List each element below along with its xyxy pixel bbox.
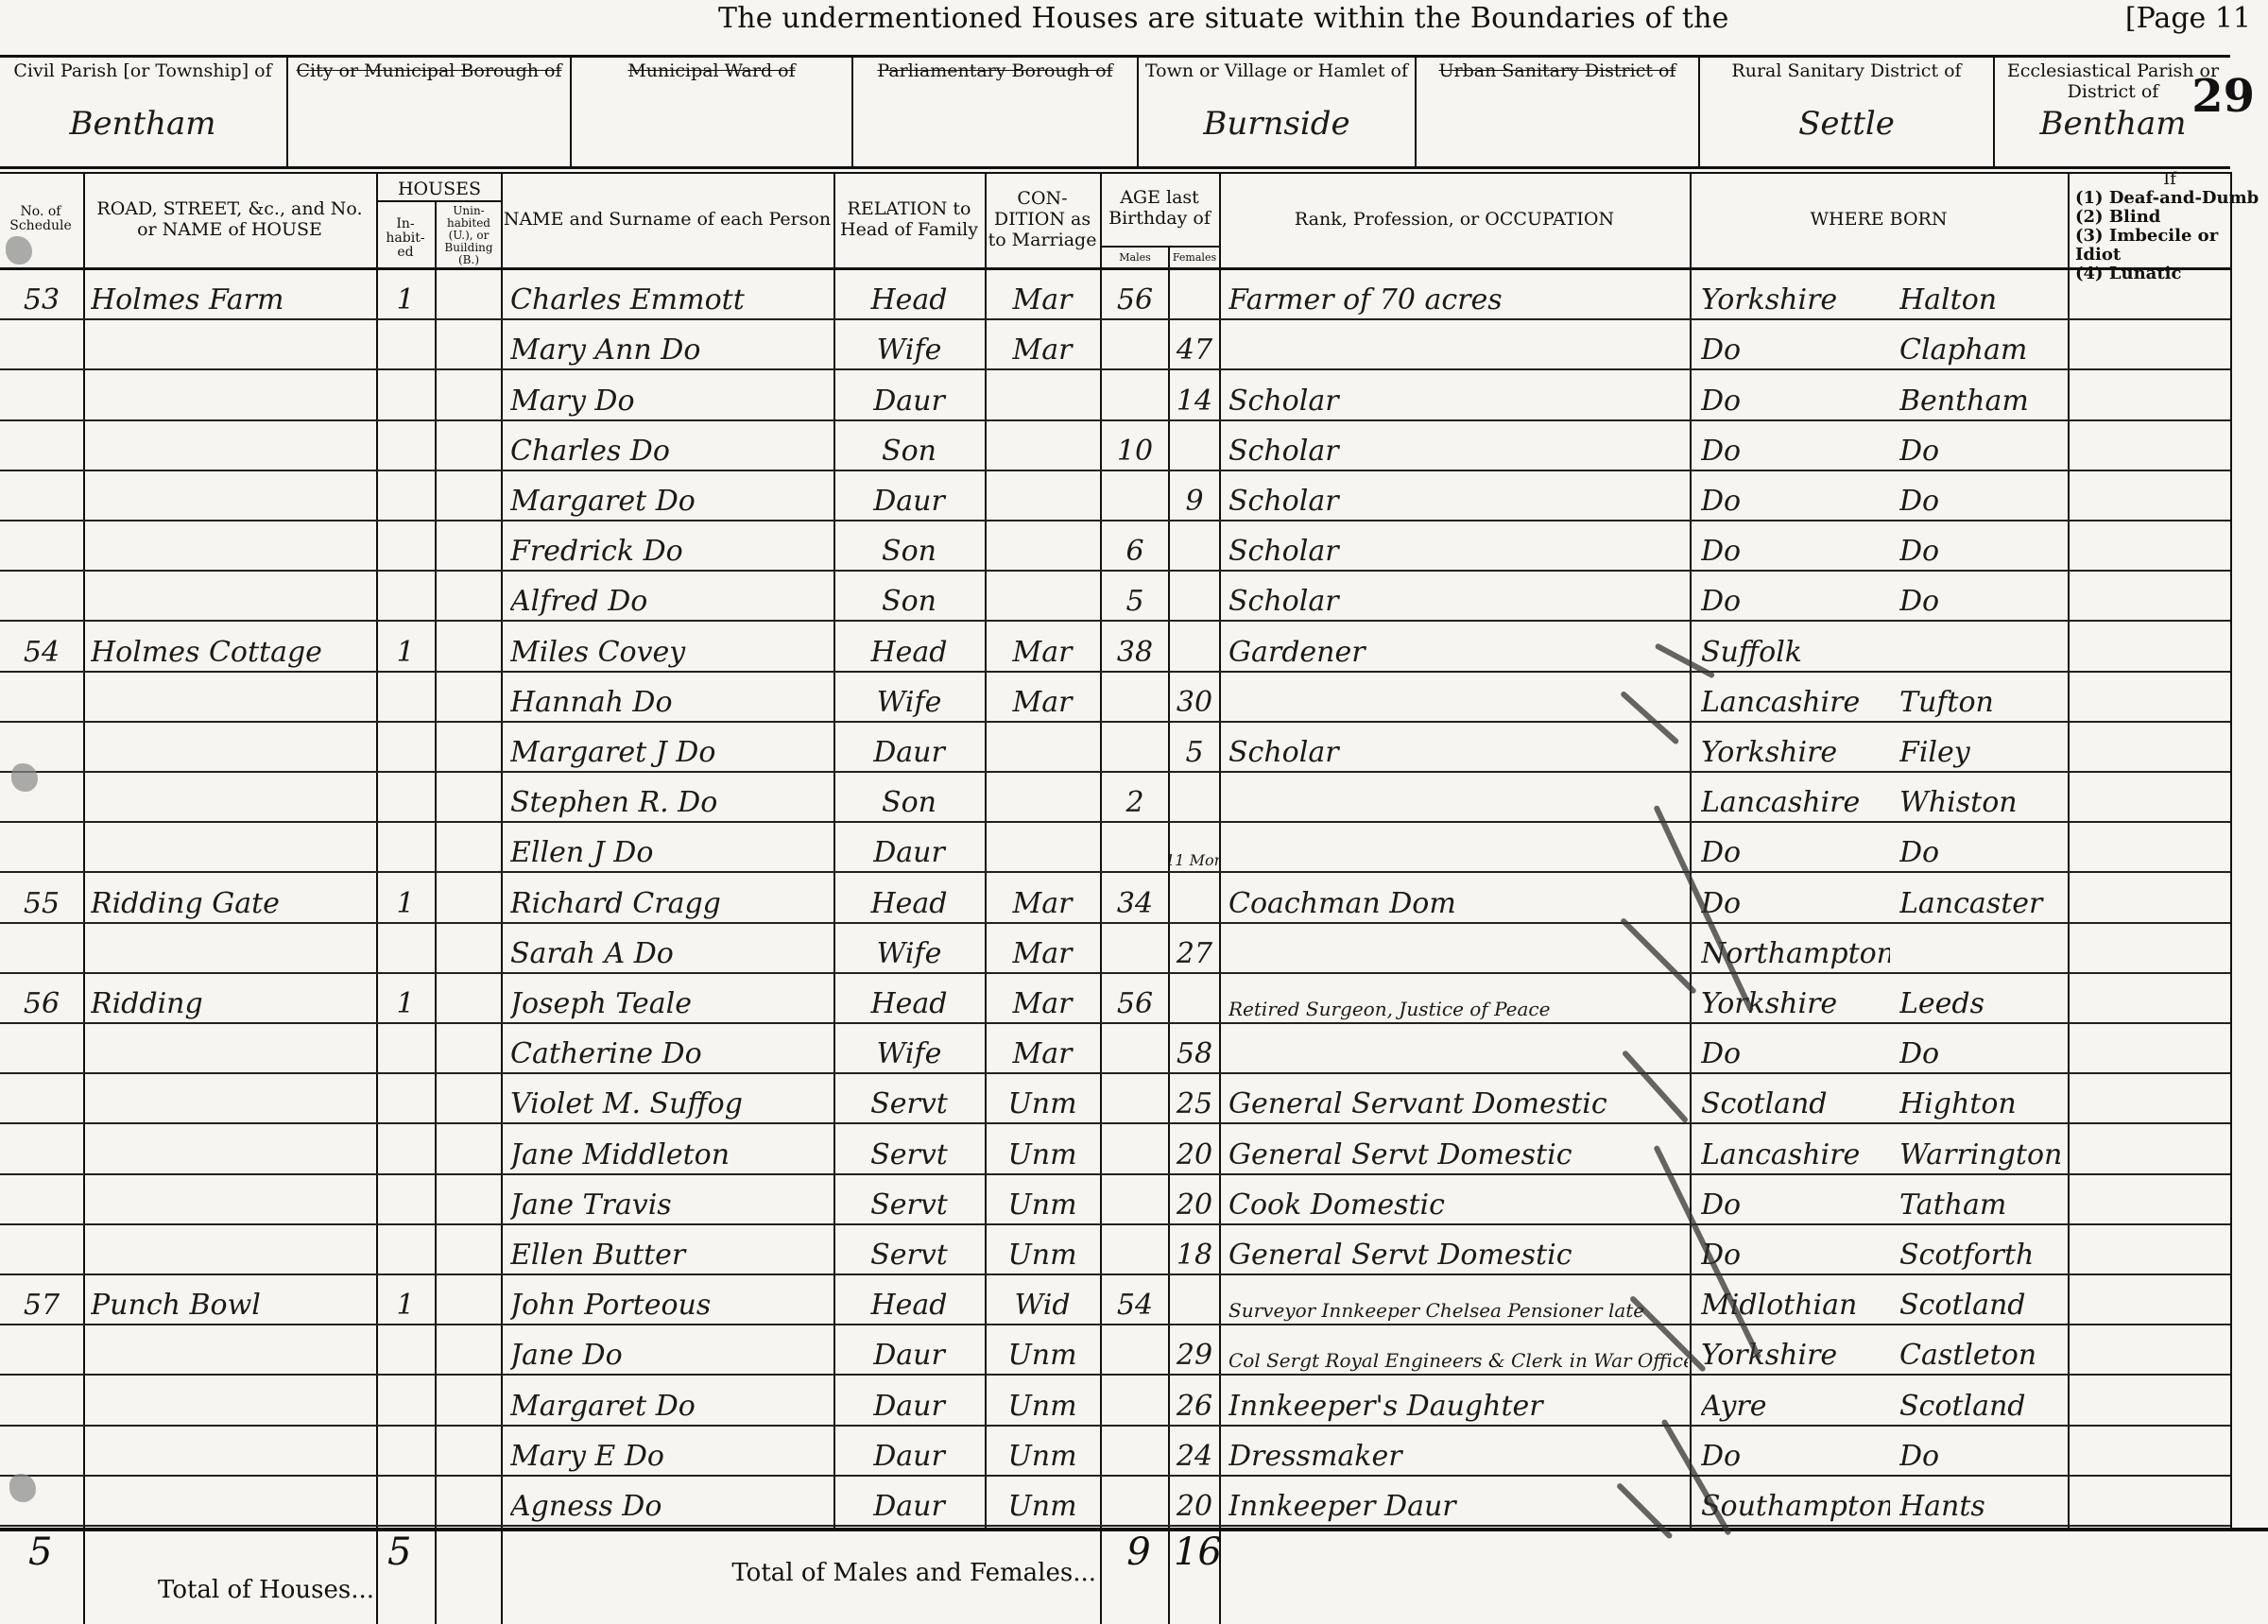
- birth-place: Bentham: [1899, 370, 2066, 420]
- relation: Daur: [835, 723, 983, 773]
- column-rule: [1698, 57, 1700, 166]
- header-uninhabited: Unin-habited (U.), or Building (B.): [437, 202, 501, 268]
- marital-condition: Unm: [987, 1225, 1098, 1275]
- relation: Daur: [835, 471, 983, 521]
- totals-houses-label: Total of Houses...: [85, 1530, 374, 1624]
- table-row: Stephen R. DoSon2LancashireWhiston: [0, 773, 2268, 823]
- relation: Wife: [835, 320, 983, 370]
- occupation: Scholar: [1228, 370, 1688, 420]
- birth-place: Halton: [1899, 270, 2066, 320]
- boundary-label: Town or Village or Hamlet of: [1140, 55, 1414, 81]
- schedule-number: [0, 823, 83, 873]
- occupation: Innkeeper's Daughter: [1228, 1376, 1688, 1426]
- relation: Daur: [835, 1427, 983, 1477]
- birth-place: Lancaster: [1899, 873, 2066, 923]
- person-name: Jane Travis: [510, 1175, 832, 1225]
- person-name: Margaret Do: [510, 471, 832, 521]
- male-age: 56: [1102, 974, 1168, 1024]
- boundary-field: Municipal Ward of: [573, 55, 850, 166]
- inhabited-count: [378, 1325, 433, 1376]
- male-age: [1102, 1074, 1168, 1124]
- birth-place: [1899, 924, 2066, 974]
- totals-schedules: 5: [28, 1530, 83, 1624]
- birth-place: Tufton: [1899, 673, 2066, 723]
- house-name: Holmes Farm: [91, 270, 374, 320]
- marital-condition: Mar: [987, 873, 1098, 923]
- male-age: 10: [1102, 421, 1168, 471]
- table-row: Charles DoSon10ScholarDoDo: [0, 421, 2268, 471]
- birth-place: Hants: [1899, 1477, 2066, 1527]
- person-name: Richard Cragg: [510, 873, 832, 923]
- paper-stain: [11, 763, 38, 792]
- inhabited-count: [378, 723, 433, 773]
- marital-condition: Unm: [987, 1376, 1098, 1426]
- house-name: [91, 521, 374, 572]
- birth-county: Scotland: [1701, 1074, 1890, 1124]
- header-inhabited: In-habit-ed: [378, 210, 433, 266]
- person-name: Joseph Teale: [510, 974, 832, 1024]
- schedule-number: [0, 421, 83, 471]
- female-age: 9: [1170, 471, 1219, 521]
- boundary-field: Urban Sanitary District of: [1417, 55, 1697, 166]
- header-females: Females: [1170, 248, 1219, 266]
- relation: Son: [835, 521, 983, 572]
- header-males: Males: [1102, 248, 1168, 266]
- house-name: Ridding: [91, 974, 374, 1024]
- schedule-number: [0, 1124, 83, 1174]
- male-age: 56: [1102, 270, 1168, 320]
- column-rule: [1137, 57, 1139, 166]
- schedule-number: 55: [0, 873, 83, 923]
- relation: Head: [835, 974, 983, 1024]
- male-age: [1102, 924, 1168, 974]
- relation: Wife: [835, 673, 983, 723]
- header-houses: HOUSES: [378, 178, 501, 200]
- house-name: [91, 823, 374, 873]
- infirmity-if: If: [2075, 170, 2264, 189]
- boundary-field: Town or Village or Hamlet ofBurnside: [1140, 55, 1414, 166]
- birth-place: Scotland: [1899, 1376, 2066, 1426]
- inhabited-count: [378, 1225, 433, 1275]
- female-age: [1170, 622, 1219, 672]
- boundary-value: Burnside: [1140, 113, 1414, 134]
- female-age: [1170, 873, 1219, 923]
- person-name: Agness Do: [510, 1477, 832, 1527]
- birth-place: Clapham: [1899, 320, 2066, 370]
- person-name: Ellen Butter: [510, 1225, 832, 1275]
- header-occupation: Rank, Profession, or OCCUPATION: [1221, 172, 1688, 266]
- female-age: 30: [1170, 673, 1219, 723]
- birth-place: [1899, 622, 2066, 672]
- table-row: 53Holmes Farm1Charles EmmottHeadMar56Far…: [0, 270, 2268, 320]
- person-name: Jane Middleton: [510, 1124, 832, 1174]
- house-name: [91, 1124, 374, 1174]
- inhabited-count: [378, 823, 433, 873]
- census-page: The undermentioned Houses are situate wi…: [0, 0, 2268, 1624]
- person-name: Mary Ann Do: [510, 320, 832, 370]
- table-row: Jane TravisServtUnm20Cook DomesticDoTath…: [0, 1175, 2268, 1225]
- relation: Head: [835, 622, 983, 672]
- marital-condition: Unm: [987, 1124, 1098, 1174]
- birth-county: Yorkshire: [1701, 1325, 1890, 1376]
- inhabited-count: [378, 370, 433, 420]
- schedule-number: [0, 1427, 83, 1477]
- female-age: 58: [1170, 1024, 1219, 1074]
- column-rule: [1993, 57, 1995, 166]
- table-row: Jane MiddletonServtUnm20General Servt Do…: [0, 1124, 2268, 1174]
- header-name: NAME and Surname of each Person: [503, 172, 832, 266]
- column-rule: [1415, 57, 1417, 166]
- boundary-value: Settle: [1701, 113, 1992, 134]
- schedule-number: 56: [0, 974, 83, 1024]
- male-age: 6: [1102, 521, 1168, 572]
- occupation: Cook Domestic: [1228, 1175, 1688, 1225]
- inhabited-count: [378, 1427, 433, 1477]
- birth-county: Do: [1701, 521, 1890, 572]
- occupation: Col Sergt Royal Engineers & Clerk in War…: [1228, 1325, 1688, 1376]
- schedule-number: [0, 572, 83, 622]
- male-age: [1102, 1024, 1168, 1074]
- table-row: Mary Ann DoWifeMar47DoClapham: [0, 320, 2268, 370]
- header-where-born: WHERE BORN: [1692, 172, 2066, 266]
- inhabited-count: [378, 1124, 433, 1174]
- inhabited-count: [378, 773, 433, 823]
- schedule-number: [0, 1325, 83, 1376]
- relation: Servt: [835, 1124, 983, 1174]
- male-age: [1102, 471, 1168, 521]
- birth-county: Do: [1701, 572, 1890, 622]
- birth-county: Do: [1701, 1175, 1890, 1225]
- schedule-number: [0, 1376, 83, 1426]
- totals-females: 16: [1174, 1530, 1219, 1624]
- female-age: 25: [1170, 1074, 1219, 1124]
- relation: Wife: [835, 924, 983, 974]
- birth-place: Filey: [1899, 723, 2066, 773]
- house-name: [91, 421, 374, 471]
- occupation: [1228, 924, 1688, 974]
- boundary-field: Parliamentary Borough of: [854, 55, 1136, 166]
- person-name: Miles Covey: [510, 622, 832, 672]
- person-name: Hannah Do: [510, 673, 832, 723]
- female-age: [1170, 1275, 1219, 1325]
- male-age: [1102, 1225, 1168, 1275]
- male-age: [1102, 1376, 1168, 1426]
- birth-place: Do: [1899, 471, 2066, 521]
- marital-condition: Unm: [987, 1074, 1098, 1124]
- inhabited-count: [378, 1074, 433, 1124]
- house-name: [91, 1477, 374, 1527]
- relation: Wife: [835, 1024, 983, 1074]
- relation: Son: [835, 421, 983, 471]
- boundary-field: City or Municipal Borough of: [289, 55, 569, 166]
- schedule-number: [0, 1074, 83, 1124]
- house-name: [91, 723, 374, 773]
- birth-place: Do: [1899, 572, 2066, 622]
- birth-place: Do: [1899, 421, 2066, 471]
- schedule-number: [0, 1175, 83, 1225]
- marital-condition: Mar: [987, 622, 1098, 672]
- infirmity-option: (1) Deaf-and-Dumb: [2075, 189, 2264, 208]
- boundary-label: City or Municipal Borough of: [289, 55, 569, 81]
- infirmity-option: (2) Blind: [2075, 208, 2264, 227]
- marital-condition: [987, 421, 1098, 471]
- divider: [1102, 246, 1219, 248]
- house-name: [91, 1325, 374, 1376]
- schedule-number: [0, 924, 83, 974]
- table-row: 57Punch Bowl1John PorteousHeadWid54Surve…: [0, 1275, 2268, 1325]
- female-age: 20: [1170, 1124, 1219, 1174]
- house-name: [91, 1074, 374, 1124]
- page-title: The undermentioned Houses are situate wi…: [718, 2, 1729, 35]
- person-name: Margaret J Do: [510, 723, 832, 773]
- table-row: Alfred DoSon5ScholarDoDo: [0, 572, 2268, 622]
- birth-county: Lancashire: [1701, 1124, 1890, 1174]
- schedule-number: 53: [0, 270, 83, 320]
- marital-condition: Unm: [987, 1427, 1098, 1477]
- birth-place: Do: [1899, 823, 2066, 873]
- table-row: Ellen J DoDaur11 MonDoDo: [0, 823, 2268, 873]
- inhabited-count: [378, 924, 433, 974]
- marital-condition: Unm: [987, 1175, 1098, 1225]
- marital-condition: Mar: [987, 974, 1098, 1024]
- inhabited-count: [378, 521, 433, 572]
- table-row: Violet M. SuffogServtUnm25General Servan…: [0, 1074, 2268, 1124]
- person-name: Margaret Do: [510, 1376, 832, 1426]
- house-name: [91, 1427, 374, 1477]
- boundary-field: Rural Sanitary District ofSettle: [1701, 55, 1992, 166]
- female-age: [1170, 270, 1219, 320]
- female-age: [1170, 773, 1219, 823]
- birth-county: Do: [1701, 823, 1890, 873]
- birth-county: Lancashire: [1701, 773, 1890, 823]
- house-name: [91, 471, 374, 521]
- birth-place: Highton: [1899, 1074, 2066, 1124]
- house-name: Holmes Cottage: [91, 622, 374, 672]
- occupation: [1228, 673, 1688, 723]
- relation: Head: [835, 873, 983, 923]
- inhabited-count: 1: [378, 873, 433, 923]
- birth-place: Do: [1899, 1427, 2066, 1477]
- person-name: Charles Emmott: [510, 270, 832, 320]
- house-name: [91, 924, 374, 974]
- birth-county: Yorkshire: [1701, 723, 1890, 773]
- table-row: Mary E DoDaurUnm24DressmakerDoDo: [0, 1427, 2268, 1477]
- occupation: General Servt Domestic: [1228, 1225, 1688, 1275]
- enumeration-district-number: 29: [2191, 70, 2255, 123]
- female-age: 24: [1170, 1427, 1219, 1477]
- house-name: [91, 1024, 374, 1074]
- person-name: Charles Do: [510, 421, 832, 471]
- paper-stain: [9, 1474, 36, 1502]
- female-age: 26: [1170, 1376, 1219, 1426]
- female-age: 5: [1170, 723, 1219, 773]
- table-row: Agness DoDaurUnm20Innkeeper DaurSouthamp…: [0, 1477, 2268, 1527]
- birth-place: Tatham: [1899, 1175, 2066, 1225]
- occupation: [1228, 823, 1688, 873]
- birth-place: Scotforth: [1899, 1225, 2066, 1275]
- occupation: [1228, 320, 1688, 370]
- birth-place: Warrington: [1899, 1124, 2066, 1174]
- occupation: Scholar: [1228, 723, 1688, 773]
- marital-condition: [987, 471, 1098, 521]
- female-age: [1170, 421, 1219, 471]
- house-name: [91, 320, 374, 370]
- female-age: 14: [1170, 370, 1219, 420]
- male-age: [1102, 1477, 1168, 1527]
- schedule-number: [0, 521, 83, 572]
- person-name: Violet M. Suffog: [510, 1074, 832, 1124]
- occupation: Dressmaker: [1228, 1427, 1688, 1477]
- schedule-number: 57: [0, 1275, 83, 1325]
- boundary-label: Parliamentary Borough of: [854, 55, 1136, 81]
- table-row: 54Holmes Cottage1Miles CoveyHeadMar38Gar…: [0, 622, 2268, 672]
- occupation: Farmer of 70 acres: [1228, 270, 1688, 320]
- birth-county: Yorkshire: [1701, 270, 1890, 320]
- paper-stain: [6, 236, 32, 265]
- table-row: Sarah A DoWifeMar27Northamptonshire: [0, 924, 2268, 974]
- marital-condition: Unm: [987, 1325, 1098, 1376]
- female-age: 18: [1170, 1225, 1219, 1275]
- relation: Daur: [835, 1325, 983, 1376]
- table-row: 55Ridding Gate1Richard CraggHeadMar34Coa…: [0, 873, 2268, 923]
- inhabited-count: 1: [378, 270, 433, 320]
- person-name: Alfred Do: [510, 572, 832, 622]
- marital-condition: Mar: [987, 270, 1098, 320]
- inhabited-count: [378, 1175, 433, 1225]
- person-name: Catherine Do: [510, 1024, 832, 1074]
- male-age: [1102, 1427, 1168, 1477]
- schedule-number: 54: [0, 622, 83, 672]
- house-name: [91, 673, 374, 723]
- occupation: Scholar: [1228, 421, 1688, 471]
- inhabited-count: [378, 320, 433, 370]
- male-age: 2: [1102, 773, 1168, 823]
- table-row: Margaret DoDaur9ScholarDoDo: [0, 471, 2268, 521]
- totals-houses: 5: [387, 1530, 435, 1624]
- male-age: [1102, 823, 1168, 873]
- birth-county: Suffolk: [1701, 622, 1890, 672]
- house-name: [91, 1376, 374, 1426]
- totals-persons-label: Total of Males and Females...: [661, 1530, 1096, 1624]
- occupation: Surveyor Innkeeper Chelsea Pensioner lat…: [1228, 1275, 1688, 1325]
- inhabited-count: [378, 1024, 433, 1074]
- house-name: Ridding Gate: [91, 873, 374, 923]
- relation: Son: [835, 773, 983, 823]
- birth-county: Do: [1701, 320, 1890, 370]
- table-row: Margaret J DoDaur5ScholarYorkshireFiley: [0, 723, 2268, 773]
- table-row: Jane DoDaurUnm29Col Sergt Royal Engineer…: [0, 1325, 2268, 1376]
- table-row: Ellen ButterServtUnm18General Servt Dome…: [0, 1225, 2268, 1275]
- column-rule: [286, 57, 288, 166]
- table-row: Fredrick DoSon6ScholarDoDo: [0, 521, 2268, 572]
- inhabited-count: [378, 673, 433, 723]
- person-name: Mary E Do: [510, 1427, 832, 1477]
- inhabited-count: 1: [378, 974, 433, 1024]
- house-name: [91, 370, 374, 420]
- male-age: [1102, 1124, 1168, 1174]
- occupation: [1228, 773, 1688, 823]
- table-row: Hannah DoWifeMar30LancashireTufton: [0, 673, 2268, 723]
- header-condition: CON-DITION as to Marriage: [987, 172, 1098, 266]
- birth-county: Southampton: [1701, 1477, 1890, 1527]
- inhabited-count: [378, 572, 433, 622]
- header-age: AGE last Birthday of: [1102, 172, 1217, 244]
- relation: Servt: [835, 1175, 983, 1225]
- infirmity-option: (3) Imbecile or Idiot: [2075, 227, 2264, 265]
- marital-condition: Wid: [987, 1275, 1098, 1325]
- header-road: ROAD, STREET, &c., and No. or NAME of HO…: [85, 172, 374, 266]
- person-name: John Porteous: [510, 1275, 832, 1325]
- male-age: [1102, 723, 1168, 773]
- header-relation: RELATION to Head of Family: [835, 172, 983, 266]
- house-name: Punch Bowl: [91, 1275, 374, 1325]
- column-rule: [851, 57, 853, 166]
- schedule-number: [0, 1024, 83, 1074]
- schedule-number: [0, 320, 83, 370]
- schedule-number: [0, 370, 83, 420]
- occupation: Coachman Dom: [1228, 873, 1688, 923]
- female-age: 27: [1170, 924, 1219, 974]
- boundary-label: Rural Sanitary District of: [1701, 55, 1992, 81]
- occupation: Scholar: [1228, 471, 1688, 521]
- relation: Daur: [835, 823, 983, 873]
- marital-condition: [987, 723, 1098, 773]
- row-rule: [0, 1525, 2230, 1527]
- birth-county: Do: [1701, 471, 1890, 521]
- male-age: [1102, 673, 1168, 723]
- relation: Daur: [835, 370, 983, 420]
- house-name: [91, 773, 374, 823]
- page-number: [Page 11: [2125, 2, 2251, 35]
- male-age: 34: [1102, 873, 1168, 923]
- schedule-number: [0, 1225, 83, 1275]
- relation: Servt: [835, 1074, 983, 1124]
- female-age: 11 Mon: [1170, 823, 1219, 873]
- relation: Head: [835, 270, 983, 320]
- houses-total: 5: [387, 1530, 411, 1574]
- birth-place: Leeds: [1899, 974, 2066, 1024]
- schedule-number: [0, 723, 83, 773]
- birth-place: Scotland: [1899, 1275, 2066, 1325]
- schedule-number: [0, 673, 83, 723]
- males-total: 9: [1126, 1530, 1150, 1574]
- relation: Daur: [835, 1376, 983, 1426]
- relation: Son: [835, 572, 983, 622]
- birth-place: Do: [1899, 1024, 2066, 1074]
- marital-condition: [987, 521, 1098, 572]
- relation: Daur: [835, 1477, 983, 1527]
- male-age: [1102, 370, 1168, 420]
- male-age: [1102, 1175, 1168, 1225]
- male-age: [1102, 320, 1168, 370]
- marital-condition: Mar: [987, 320, 1098, 370]
- header-infirmity: If (1) Deaf-and-Dumb (2) Blind (3) Imbec…: [2075, 170, 2264, 283]
- occupation: General Servt Domestic: [1228, 1124, 1688, 1174]
- person-name: Mary Do: [510, 370, 832, 420]
- female-age: 20: [1170, 1477, 1219, 1527]
- person-name: Ellen J Do: [510, 823, 832, 873]
- females-total: 16: [1174, 1530, 1222, 1574]
- relation: Servt: [835, 1225, 983, 1275]
- female-age: [1170, 521, 1219, 572]
- female-age: 47: [1170, 320, 1219, 370]
- schedules-count: 5: [28, 1530, 52, 1574]
- occupation: Retired Surgeon, Justice of Peace: [1228, 974, 1688, 1024]
- schedule-number: [0, 471, 83, 521]
- female-age: [1170, 572, 1219, 622]
- boundary-value: Bentham: [0, 113, 285, 134]
- boundary-label: Municipal Ward of: [573, 55, 850, 81]
